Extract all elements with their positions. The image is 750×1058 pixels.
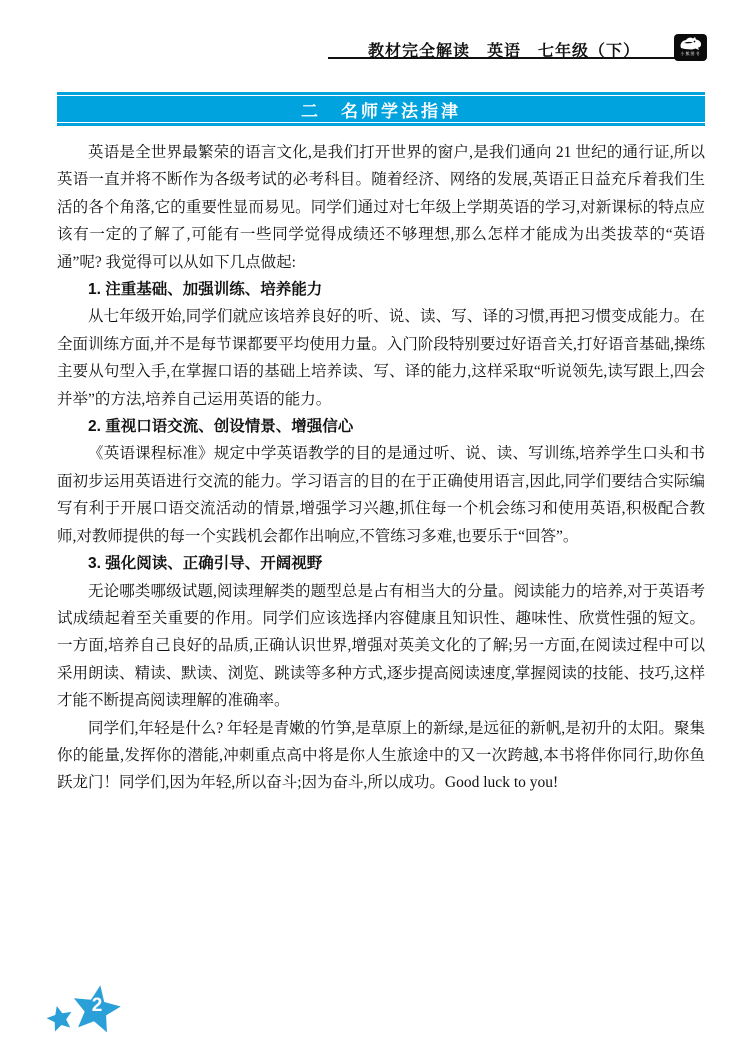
intro-paragraph: 英语是全世界最繁荣的语言文化,是我们打开世界的窗户,是我们通向 21 世纪的通行… (57, 139, 705, 276)
book-page: 教材完全解读 英语 七年级（下） 小熊图书 二 名师学法指津 英语是全世界最繁荣… (0, 0, 750, 1058)
section-banner: 二 名师学法指津 (57, 92, 705, 126)
section-2: 2. 重视口语交流、创设情景、增强信心 《英语课程标准》规定中学英语教学的目的是… (57, 413, 705, 550)
header-rule (328, 57, 706, 59)
section-body: 无论哪类哪级试题,阅读理解类的题型总是占有相当大的分量。阅读能力的培养,对于英语… (57, 578, 705, 715)
section-1: 1. 注重基础、加强训练、培养能力 从七年级开始,同学们就应该培养良好的听、说、… (57, 276, 705, 413)
section-heading: 2. 重视口语交流、创设情景、增强信心 (57, 413, 705, 440)
section-banner-title: 二 名师学法指津 (301, 97, 461, 122)
closing-paragraph: 同学们,年轻是什么? 年轻是青嫩的竹笋,是草原上的新绿,是远征的新帆,是初升的太… (57, 715, 705, 797)
publisher-logo-text: 小熊图书 (681, 51, 701, 56)
section-body: 从七年级开始,同学们就应该培养良好的听、说、读、写、译的习惯,再把习惯变成能力。… (57, 303, 705, 413)
section-body: 《英语课程标准》规定中学英语教学的目的是通过听、说、读、写训练,培养学生口头和书… (57, 440, 705, 550)
section-heading: 1. 注重基础、加强训练、培养能力 (57, 276, 705, 303)
section-banner-inner: 二 名师学法指津 (57, 95, 705, 123)
publisher-logo: 小熊图书 (674, 34, 707, 61)
section-3: 3. 强化阅读、正确引导、开阔视野 无论哪类哪级试题,阅读理解类的题型总是占有相… (57, 550, 705, 714)
page-content: 英语是全世界最繁荣的语言文化,是我们打开世界的窗户,是我们通向 21 世纪的通行… (57, 139, 705, 797)
bear-icon (678, 36, 703, 51)
section-heading: 3. 强化阅读、正确引导、开阔视野 (57, 550, 705, 577)
page-number: 2 (86, 995, 108, 1017)
